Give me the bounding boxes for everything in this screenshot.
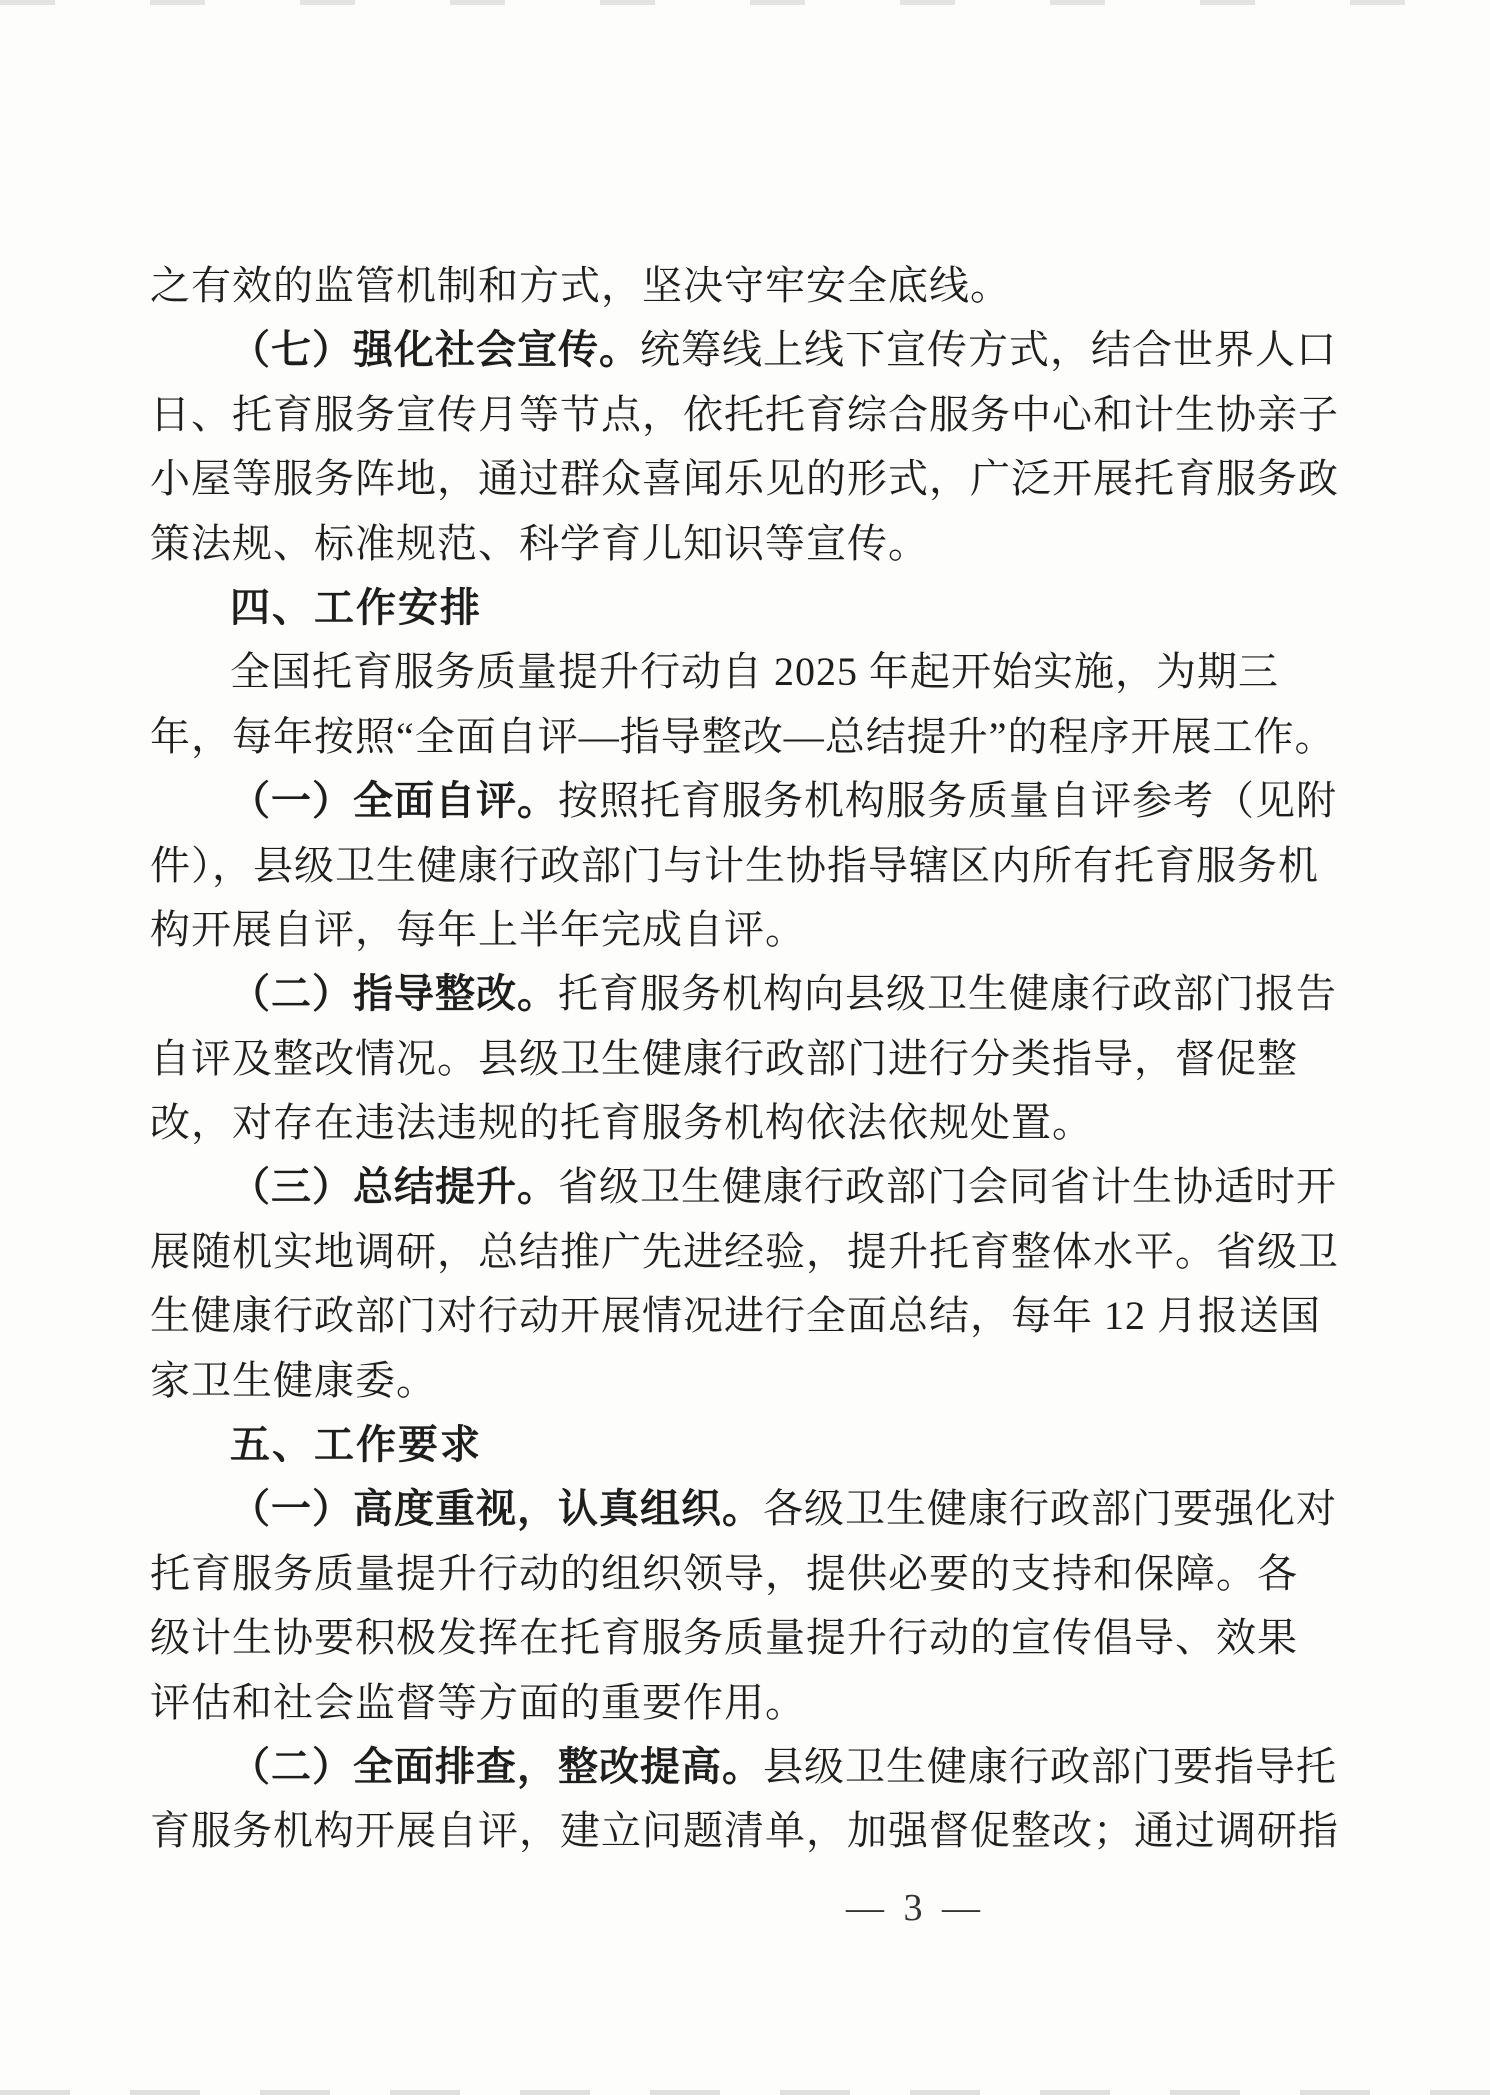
text-segment: 年，每年按照“全面自评—指导整改—总结提升”的程序开展工作。 (150, 714, 1336, 759)
page-number: — 3 — (846, 1886, 985, 1930)
text-line: 改，对存在违法违规的托育服务机构依法依规处置。 (150, 1091, 1360, 1155)
text-segment: 生健康行政部门对行动开展情况进行全面总结，每年 12 月报送国 (150, 1293, 1321, 1338)
text-segment: 五、工作要求 (230, 1423, 482, 1467)
text-segment: 评估和社会监督等方面的重要作用。 (150, 1680, 806, 1725)
text-segment: 之有效的监管机制和方式，坚决守牢安全底线。 (150, 263, 1011, 308)
text-segment: 全国托育服务质量提升行动自 2025 年起开始实施，为期三 (230, 649, 1279, 694)
text-segment: （一）全面自评。 (230, 778, 558, 823)
document-body: 之有效的监管机制和方式，坚决守牢安全底线。（七）强化社会宣传。统筹线上线下宣传方… (150, 254, 1360, 1864)
text-line: 日、托育服务宣传月等节点，依托托育综合服务中心和计生协亲子 (150, 383, 1360, 447)
text-segment: （二）全面排查，整改提高。 (230, 1744, 763, 1789)
text-line: 构开展自评，每年上半年完成自评。 (150, 898, 1360, 962)
text-segment: （七）强化社会宣传。 (230, 327, 640, 372)
text-segment: 小屋等服务阵地，通过群众喜闻乐见的形式，广泛开展托育服务政 (150, 456, 1339, 501)
text-line: 年，每年按照“全面自评—指导整改—总结提升”的程序开展工作。 (150, 705, 1360, 769)
text-line: 策法规、标准规范、科学育儿知识等宣传。 (150, 512, 1360, 576)
text-segment: 托育服务机构向县级卫生健康行政部门报告 (558, 971, 1337, 1016)
text-line: 托育服务质量提升行动的组织领导，提供必要的支持和保障。各 (150, 1542, 1360, 1606)
text-segment: 自评及整改情况。县级卫生健康行政部门进行分类指导，督促整 (150, 1036, 1298, 1081)
text-line: 家卫生健康委。 (150, 1349, 1360, 1413)
text-line: 件），县级卫生健康行政部门与计生协指导辖区内所有托育服务机 (150, 834, 1360, 898)
text-segment: 展随机实地调研，总结推广先进经验，提升托育整体水平。省级卫 (150, 1229, 1339, 1274)
text-segment: 日、托育服务宣传月等节点，依托托育综合服务中心和计生协亲子 (150, 392, 1339, 437)
text-line: 小屋等服务阵地，通过群众喜闻乐见的形式，广泛开展托育服务政 (150, 447, 1360, 511)
text-line: 展随机实地调研，总结推广先进经验，提升托育整体水平。省级卫 (150, 1220, 1360, 1284)
text-segment: （二）指导整改。 (230, 971, 558, 1016)
document-page: 之有效的监管机制和方式，坚决守牢安全底线。（七）强化社会宣传。统筹线上线下宣传方… (0, 0, 1490, 2095)
text-line: （二）全面排查，整改提高。县级卫生健康行政部门要指导托 (150, 1735, 1360, 1799)
text-line: （七）强化社会宣传。统筹线上线下宣传方式，结合世界人口 (150, 318, 1360, 382)
text-segment: 省级卫生健康行政部门会同省计生协适时开 (558, 1164, 1337, 1209)
text-line: 育服务机构开展自评，建立问题清单，加强督促整改；通过调研指 (150, 1799, 1360, 1863)
text-segment: 统筹线上线下宣传方式，结合世界人口 (640, 327, 1337, 372)
text-segment: 构开展自评，每年上半年完成自评。 (150, 907, 806, 952)
text-segment: 家卫生健康委。 (150, 1358, 437, 1403)
text-line: 全国托育服务质量提升行动自 2025 年起开始实施，为期三 (150, 640, 1360, 704)
text-line: 之有效的监管机制和方式，坚决守牢安全底线。 (150, 254, 1360, 318)
scan-artifact-bottom (0, 2090, 1490, 2095)
text-line: （一）全面自评。按照托育服务机构服务质量自评参考（见附 (150, 769, 1360, 833)
text-segment: 件），县级卫生健康行政部门与计生协指导辖区内所有托育服务机 (150, 843, 1319, 888)
text-segment: 各级卫生健康行政部门要强化对 (763, 1486, 1337, 1531)
text-segment: 县级卫生健康行政部门要指导托 (763, 1744, 1337, 1789)
text-segment: 级计生协要积极发挥在托育服务质量提升行动的宣传倡导、效果 (150, 1615, 1298, 1660)
text-line: （三）总结提升。省级卫生健康行政部门会同省计生协适时开 (150, 1155, 1360, 1219)
section-heading: 五、工作要求 (150, 1413, 1360, 1477)
text-line: 级计生协要积极发挥在托育服务质量提升行动的宣传倡导、效果 (150, 1606, 1360, 1670)
scan-artifact-top (0, 0, 1490, 5)
text-segment: 托育服务质量提升行动的组织领导，提供必要的支持和保障。各 (150, 1551, 1298, 1596)
text-line: 自评及整改情况。县级卫生健康行政部门进行分类指导，督促整 (150, 1027, 1360, 1091)
text-segment: 策法规、标准规范、科学育儿知识等宣传。 (150, 521, 929, 566)
text-segment: 改，对存在违法违规的托育服务机构依法依规处置。 (150, 1100, 1093, 1145)
text-segment: 四、工作安排 (230, 586, 482, 630)
text-line: （一）高度重视，认真组织。各级卫生健康行政部门要强化对 (150, 1477, 1360, 1541)
text-line: 生健康行政部门对行动开展情况进行全面总结，每年 12 月报送国 (150, 1284, 1360, 1348)
text-line: 评估和社会监督等方面的重要作用。 (150, 1671, 1360, 1735)
section-heading: 四、工作安排 (150, 576, 1360, 640)
text-segment: （一）高度重视，认真组织。 (230, 1486, 763, 1531)
text-segment: 育服务机构开展自评，建立问题清单，加强督促整改；通过调研指 (150, 1808, 1339, 1853)
text-segment: （三）总结提升。 (230, 1164, 558, 1209)
text-segment: 按照托育服务机构服务质量自评参考（见附 (558, 778, 1337, 823)
text-line: （二）指导整改。托育服务机构向县级卫生健康行政部门报告 (150, 962, 1360, 1026)
